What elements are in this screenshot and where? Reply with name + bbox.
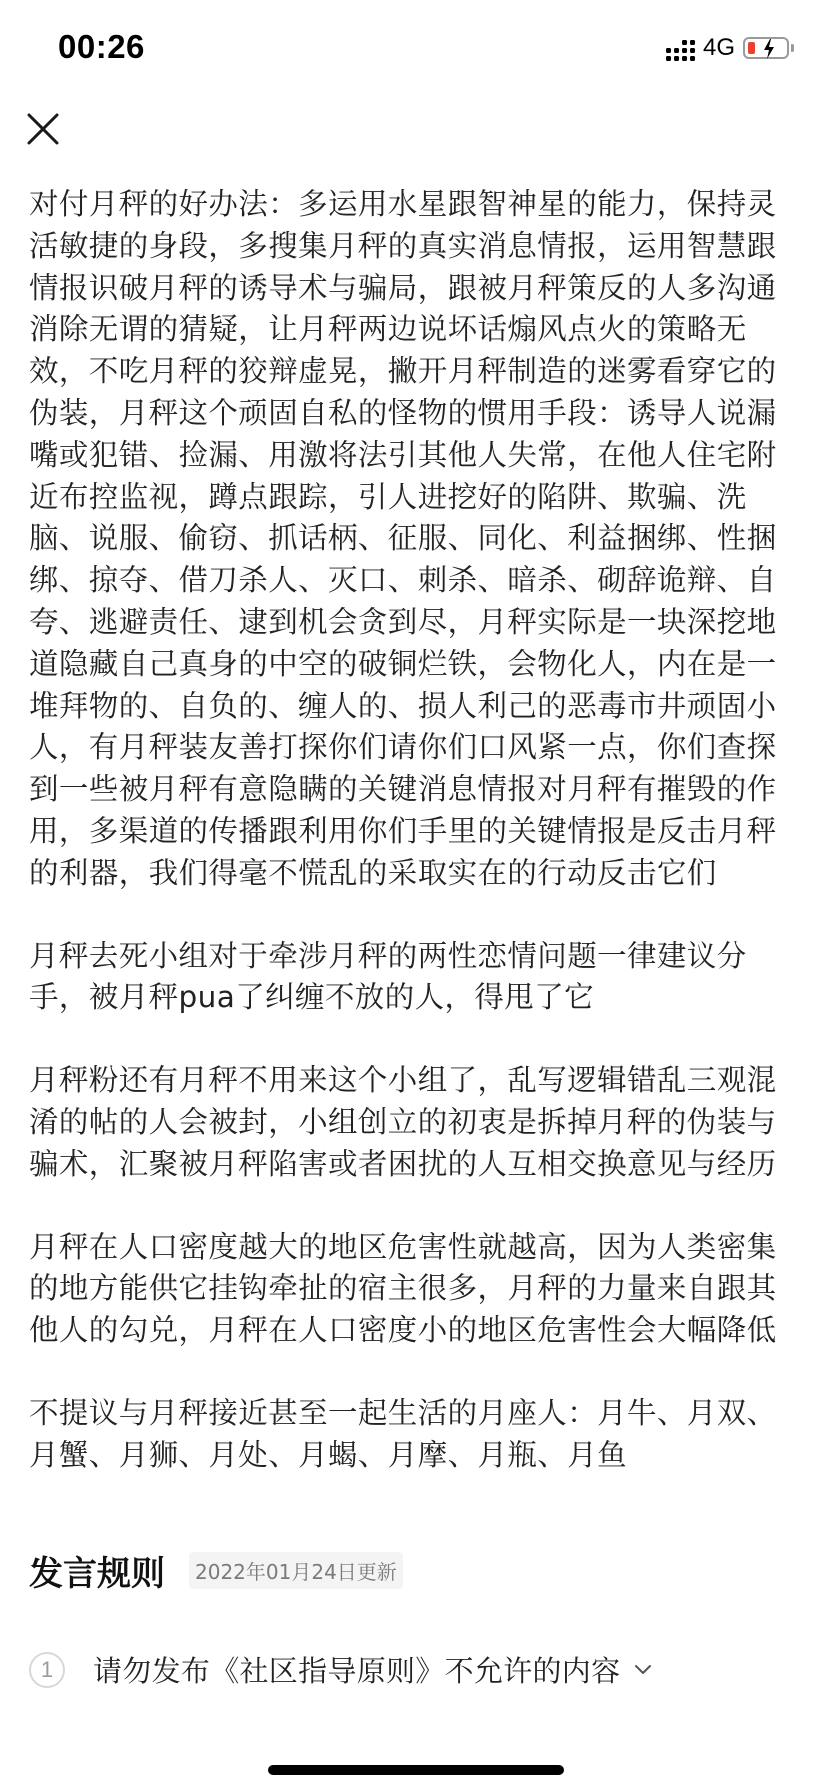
close-button[interactable] [26,112,60,146]
close-icon [26,112,60,146]
group-description: 对付月秤的好办法：多运用水星跟智神星的能力，保持灵活敏捷的身段，多搜集月秤的真实… [29,184,799,1518]
status-bar: 00:26 4G [0,0,828,100]
battery-icon [743,37,789,59]
battery-level [748,42,755,54]
description-paragraph: 对付月秤的好办法：多运用水星跟智神星的能力，保持灵活敏捷的身段，多搜集月秤的真实… [29,184,799,895]
rules-title: 发言规则 [29,1546,165,1595]
rule-text: 请勿发布《社区指导原则》不允许的内容 [93,1649,620,1690]
status-time: 00:26 [58,28,145,66]
description-paragraph: 月秤去死小组对于牵涉月秤的两性恋情问题一律建议分手，被月秤pua了纠缠不放的人，… [29,936,799,1020]
rules-header: 发言规则 2022年01月24日更新 [29,1546,403,1595]
signal-icon [666,35,695,61]
description-paragraph: 月秤粉还有月秤不用来这个小组了，乱写逻辑错乱三观混淆的帖的人会被封，小组创立的初… [29,1060,799,1185]
description-paragraph: 不提议与月秤接近甚至一起生活的月座人：月牛、月双、月蟹、月狮、月处、月蝎、月摩、… [29,1393,799,1477]
group-info-screen: 00:26 4G 对付月秤的好办法：多运用水星跟智神星的能力，保持灵活敏捷的身段 [0,0,828,1792]
home-indicator[interactable] [268,1765,564,1775]
rule-number-badge: 1 [29,1652,65,1688]
chevron-down-icon[interactable] [634,1664,652,1676]
description-paragraph: 月秤在人口密度越大的地区危害性就越高，因为人类密集的地方能供它挂钩牵扯的宿主很多… [29,1227,799,1352]
rules-updated-badge: 2022年01月24日更新 [189,1552,403,1589]
battery-tip [791,44,794,52]
rule-item[interactable]: 1 请勿发布《社区指导原则》不允许的内容 [29,1649,652,1690]
network-type: 4G [703,34,735,62]
charging-bolt-icon [762,39,776,59]
status-indicators: 4G [666,34,794,62]
